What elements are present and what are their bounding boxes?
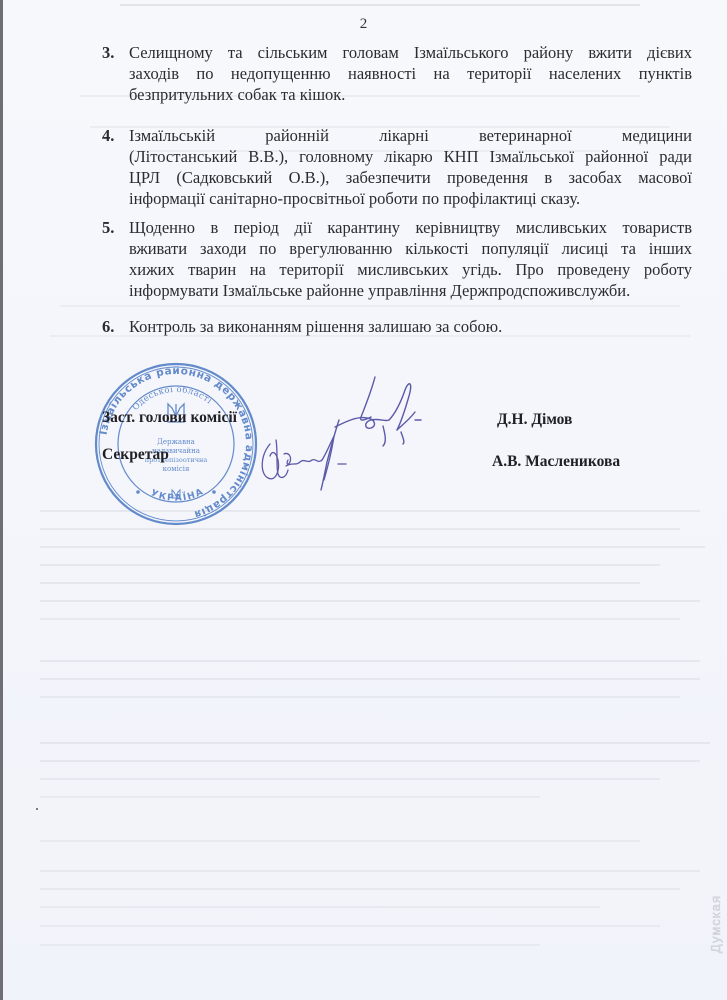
watermark: Думская — [708, 895, 723, 953]
item-line: Ізмаїльській районній лікарні ветеринарн… — [129, 125, 692, 146]
item-line: заходів по недопущенню наявності на тери… — [129, 63, 692, 84]
scan-speck — [36, 808, 38, 810]
scan-edge — [0, 0, 3, 1000]
item-number: 5. — [102, 217, 114, 238]
decision-item-5: 5. Щоденно в період дії карантину керівн… — [102, 217, 692, 301]
svg-text:УКРАЇНА: УКРАЇНА — [149, 487, 206, 504]
item-line: хижих тварин на території мисливських уг… — [129, 259, 692, 280]
page-number: 2 — [0, 16, 727, 33]
document-page: 2 3. Селищному та сільським головам Ізма… — [0, 0, 727, 1000]
signature-role-deputy-head: Заст. голови комісії — [102, 409, 237, 427]
svg-text:Державна: Державна — [157, 438, 195, 446]
signature-name-secretary: А.В. Масленикова — [492, 453, 620, 471]
decision-item-4: 4. Ізмаїльській районній лікарні ветерин… — [102, 125, 692, 209]
item-line: (Літостанський В.В.), головному лікарю К… — [129, 146, 692, 167]
item-number: 3. — [102, 42, 114, 63]
item-line: Щоденно в період дії карантину керівницт… — [129, 217, 692, 238]
signature-role-secretary: Секретар — [102, 446, 169, 464]
item-number: 6. — [102, 316, 114, 337]
item-line: вживати заходи по врегулюванню кількості… — [129, 238, 692, 259]
decision-item-6: 6. Контроль за виконанням рішення залиша… — [102, 316, 692, 337]
item-number: 4. — [102, 125, 114, 146]
item-line: інформації санітарно-просвітньої роботи … — [129, 188, 692, 209]
handwritten-signature-maslenikova — [256, 430, 366, 510]
decision-item-3: 3. Селищному та сільським головам Ізмаїл… — [102, 42, 692, 105]
signature-name-deputy-head: Д.Н. Дімов — [497, 411, 572, 429]
item-line: безпритульних собак та кішок. — [129, 84, 692, 105]
item-line: Селищному та сільським головам Ізмаїльсь… — [129, 42, 692, 63]
official-stamp: Ізмаїльська районна державна адміністрац… — [92, 360, 260, 528]
item-line: Контроль за виконанням рішення залишаю з… — [129, 316, 692, 337]
svg-text:комісія: комісія — [163, 465, 190, 473]
item-line: ЦРЛ (Садковський О.В.), забезпечити пров… — [129, 167, 692, 188]
item-line: інформувати Ізмаїльське районне управлін… — [129, 280, 692, 301]
